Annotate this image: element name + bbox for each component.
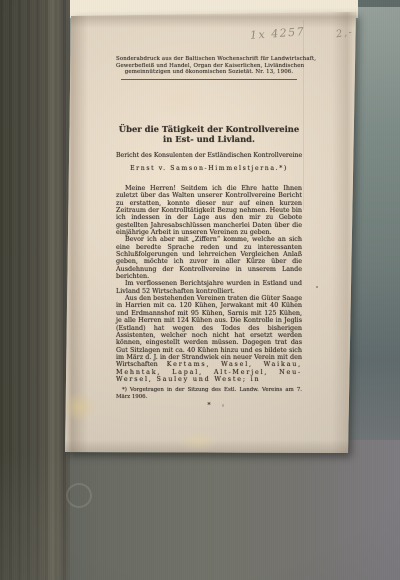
body-paragraph: Aus den bestehenden Vereinen traten die …	[116, 295, 302, 383]
subtitle: Bericht des Konsulenten der Estländische…	[116, 152, 302, 159]
imprint-line: Sonderabdruck aus der Baltischen Wochens…	[116, 56, 302, 63]
body-paragraph: Im verflossenen Berichtsjahre wurden in …	[116, 280, 302, 295]
footnote-separator-mark: *	[116, 401, 302, 409]
body-paragraph: Meine Herren! Seitdem ich die Ehre hatte…	[116, 185, 302, 236]
body-paragraph-text: Aus den bestehenden Vereinen traten die …	[116, 294, 302, 368]
paper-crease	[303, 20, 304, 210]
handwritten-catalog-number: 1x 4257	[250, 25, 306, 42]
header-rule	[121, 79, 297, 80]
pamphlet-wrapper: 1x 4257 2,- Sonderabdruck aus der Baltis…	[0, 0, 400, 580]
imprint-header: Sonderabdruck aus der Baltischen Wochens…	[116, 56, 302, 80]
page-title: Über die Tätigkeit der Kontrollvereine i…	[116, 124, 302, 145]
title-line: in Est- und Livland.	[116, 134, 302, 145]
printed-page-content: Sonderabdruck aus der Baltischen Wochens…	[116, 56, 302, 409]
stain	[62, 392, 96, 422]
footnote: *) Vorgetragen in der Sitzung des Estl. …	[116, 387, 302, 400]
photo-scene: 1x 4257 2,- Sonderabdruck aus der Baltis…	[0, 0, 400, 580]
body-text: Meine Herren! Seitdem ich die Ehre hatte…	[116, 185, 302, 383]
handwritten-price-mark: 2,-	[335, 27, 354, 41]
stain	[178, 430, 218, 452]
imprint-line: gemeinnützigen und ökonomischen Sozietät…	[116, 69, 302, 76]
author-line: Ernst v. Samson-Himmelstjerna.*)	[116, 165, 302, 172]
pamphlet-paper: 1x 4257 2,- Sonderabdruck aus der Baltis…	[0, 0, 400, 580]
title-line: Über die Tätigkeit der Kontrollvereine	[116, 124, 302, 135]
body-paragraph: Bevor ich aber mit „Ziffern“ komme, welc…	[116, 236, 302, 280]
ink-speck	[316, 286, 318, 288]
